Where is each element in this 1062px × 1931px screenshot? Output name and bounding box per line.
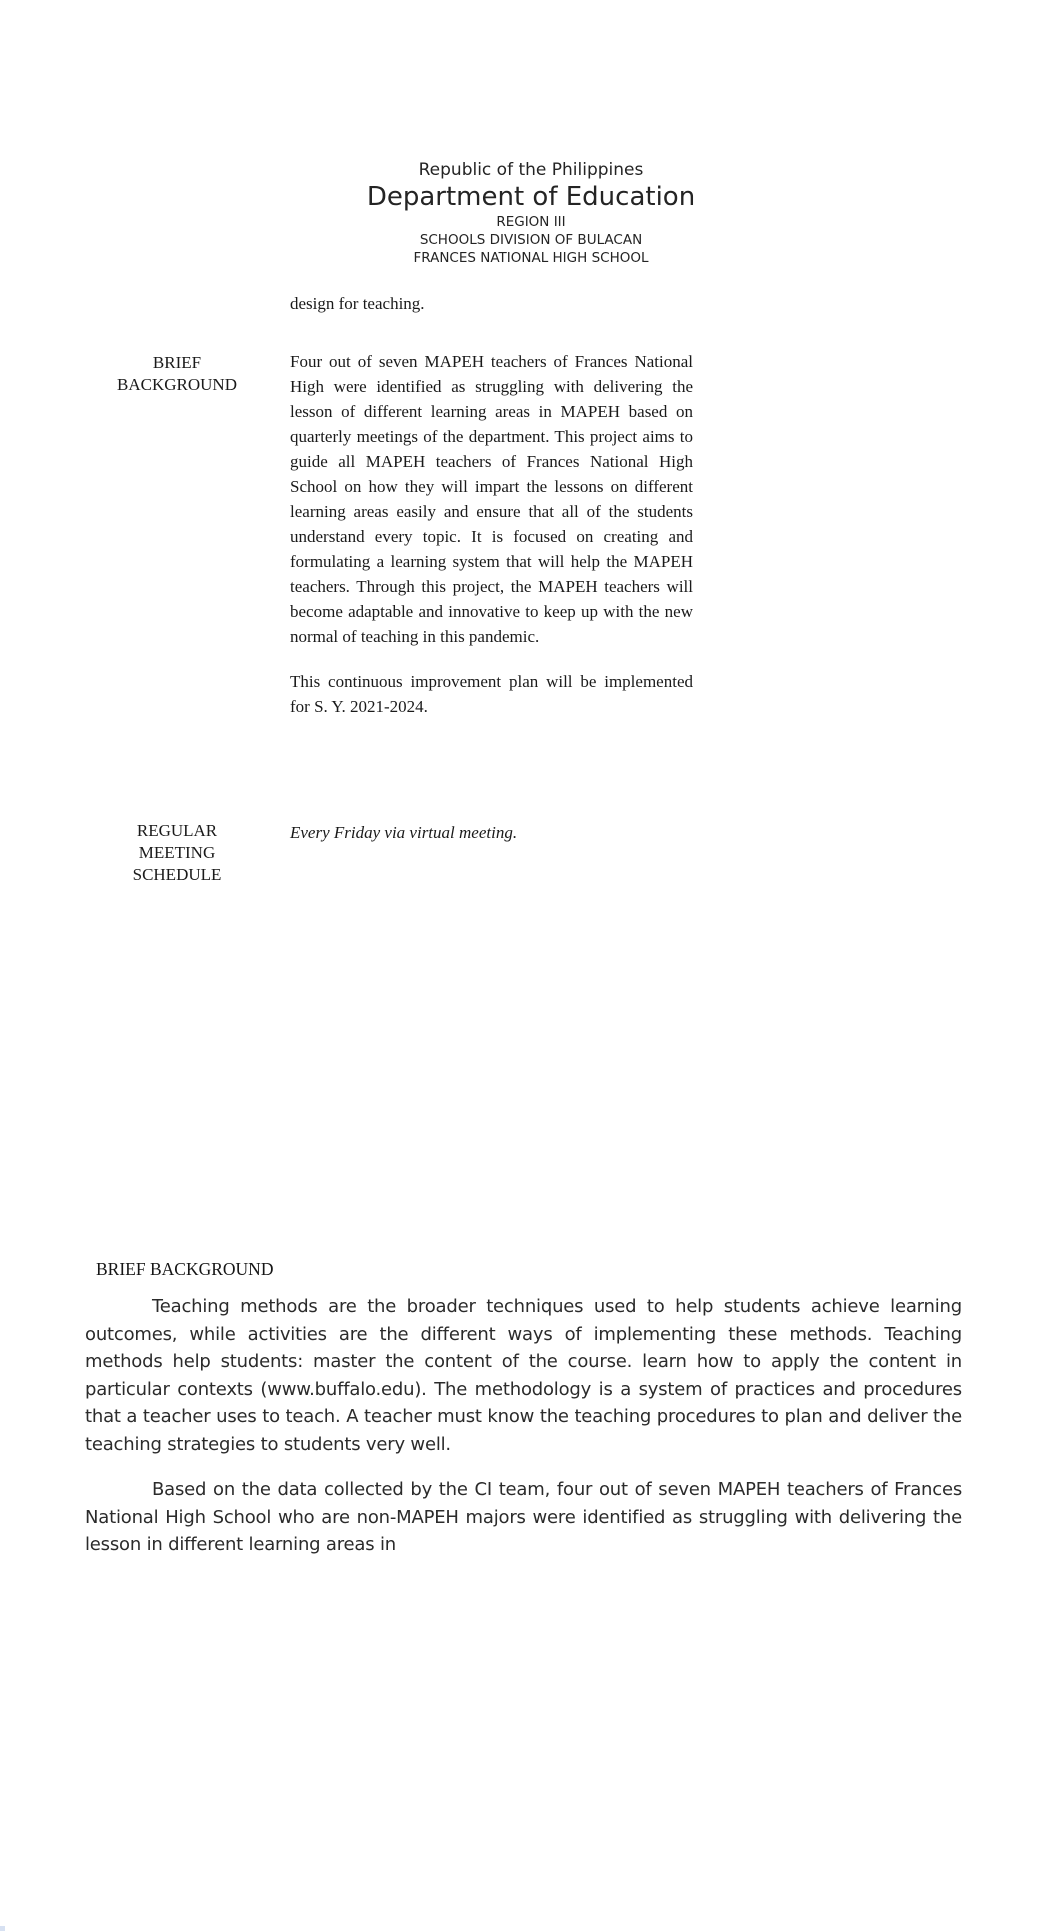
section-heading-brief-background: BRIEF BACKGROUND (96, 1258, 273, 1280)
letterhead-division: SCHOOLS DIVISION OF BULACAN (0, 231, 1062, 249)
page-corner-artifact (0, 1926, 5, 1931)
row-label-regular-meeting-schedule: REGULAR MEETING SCHEDULE (97, 820, 257, 886)
section-paragraph-1: Teaching methods are the broader techniq… (85, 1293, 962, 1458)
row-content-brief-background: Four out of seven MAPEH teachers of Fran… (290, 349, 693, 719)
section-body: Teaching methods are the broader techniq… (85, 1293, 962, 1559)
brief-background-paragraph-2: This continuous improvement plan will be… (290, 669, 693, 719)
row-label-brief-background: BRIEF BACKGROUND (97, 352, 257, 396)
continuation-text: design for teaching. (290, 291, 425, 316)
letterhead: Republic of the Philippines Department o… (0, 159, 1062, 267)
section-paragraph-2: Based on the data collected by the CI te… (85, 1476, 962, 1559)
letterhead-department: Department of Education (0, 181, 1062, 213)
meeting-schedule-text: Every Friday via virtual meeting. (290, 820, 693, 845)
letterhead-region: REGION III (0, 213, 1062, 231)
brief-background-paragraph-1: Four out of seven MAPEH teachers of Fran… (290, 349, 693, 649)
row-content-meeting-schedule: Every Friday via virtual meeting. (290, 820, 693, 845)
letterhead-republic: Republic of the Philippines (0, 159, 1062, 181)
letterhead-school: FRANCES NATIONAL HIGH SCHOOL (0, 249, 1062, 267)
document-page: { "colors": { "background": "#ffffff", "… (0, 0, 1062, 1931)
